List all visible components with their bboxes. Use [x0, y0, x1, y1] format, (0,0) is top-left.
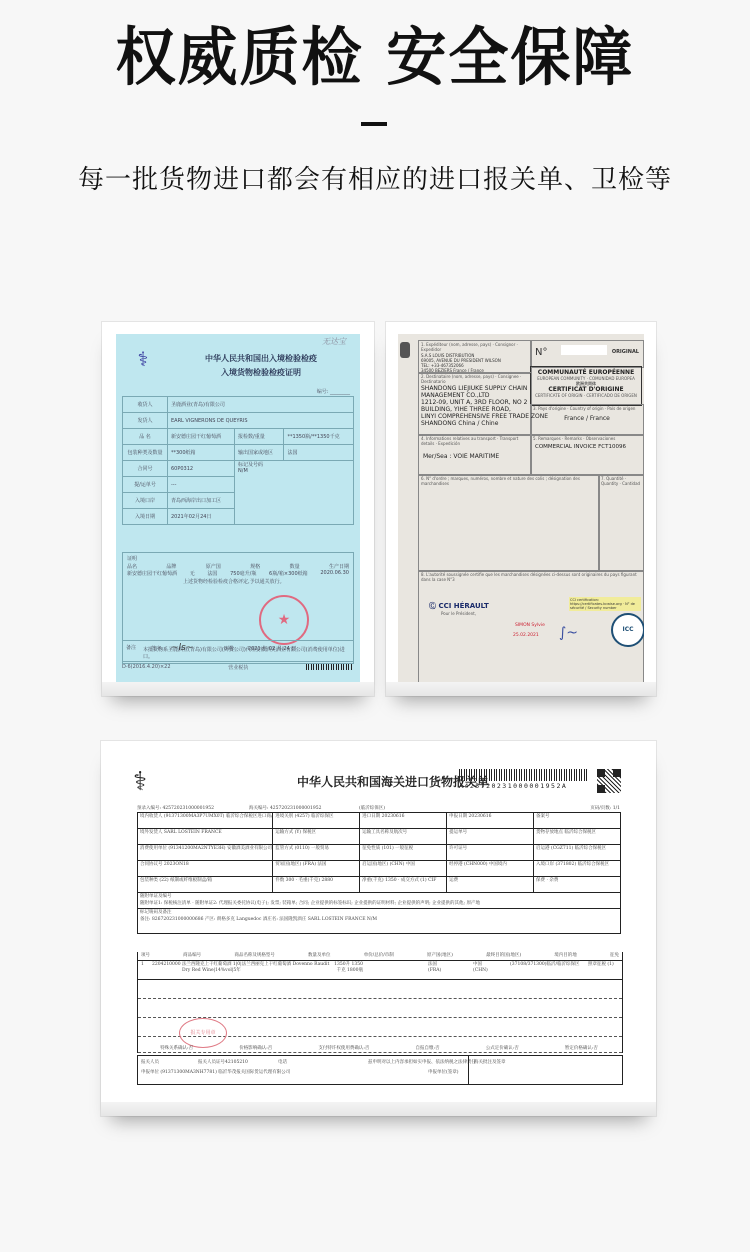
page-title: 权威质检 安全保障: [0, 20, 750, 96]
table-row: 收货人圣鹿酒业(青岛)有限公司: [123, 397, 354, 413]
ciq-certificate: ⚕ 无达宝 中华人民共和国出入境检验检疫 入境货物检验检疫证明 编号: ____…: [116, 334, 360, 686]
official-seal: ★: [259, 595, 309, 645]
table-row: 发货人EARL VIGNERONS DE QUEYRIS: [123, 413, 354, 429]
barcode-icon: [459, 769, 589, 781]
declaration-seal: 报关专用章: [179, 1018, 227, 1048]
table-row: 随附单证及编号随附单证1: 保税核注清单 · 随附单证2: 代理报关委托协议(电…: [138, 893, 621, 909]
table-row: 合同号60P0312标记及号码N/M: [123, 461, 354, 477]
declarant-footer: 报关人员 报关人员证号42105210 电话 兹申明对以上内容承担如实申报、依法…: [137, 1055, 623, 1085]
signature-date: 25.02.2021: [513, 633, 539, 638]
confirmation-row: 特殊关系确认:否价格影响确认:否支付特许权使用费确认:否自报自缴:否公式定价确认…: [137, 1045, 621, 1051]
eu-origin-certificate: 1. Expéditeur (nom, adresse, pays) · Con…: [398, 334, 644, 686]
barcode-icon: [306, 664, 352, 670]
page-subtitle: 每一批货物进口都会有相应的进口报关单、卫检等: [0, 160, 750, 200]
table-row: 消费使用单位 (91341200MA2NTYE3H) 安徽酒美酒业有限公司监管方…: [138, 845, 621, 861]
table-row: 品 名新安德庄园干红葡萄酒报检数/重量**1350瓶/**1350千克: [123, 429, 354, 445]
consignor-box: 1. Expéditeur (nom, adresse, pays) · Con…: [418, 340, 532, 374]
eu-origin-certificate-frame: 1. Expéditeur (nom, adresse, pays) · Con…: [386, 322, 656, 696]
table-row: 标记唛码及备注备注: 826720231000000686 产区: 朗格多克 L…: [138, 909, 621, 934]
qr-code-icon: [597, 769, 621, 793]
verification-note: CCI certification: https://certificates.…: [569, 597, 641, 611]
ciq-statement: 上述货物经检验检疫合格评定,予以通关放行。: [183, 578, 285, 585]
goods-header-row: 项号商品编号商品名称及规格型号数量及单位单价/总价/币制原产国(地区)最终目的国…: [138, 952, 622, 961]
customs-declaration: ⚕ 中华人民共和国海关进口货物报关单 A425720231000001952A …: [119, 755, 638, 1099]
table-row: 合同协议号 2023ON18贸易国(地区) (FRA) 法国启运国(地区) (C…: [138, 861, 621, 877]
cci-logo: Ⓒ CCI HÉRAULT: [429, 601, 489, 611]
goods-row: 新安德庄园干红葡萄酒无法国750毫升/瓶6瓶/箱×300纸箱2020.06.30: [127, 570, 349, 577]
remarks-box: 5. Remarques · Remarks · Observaciones C…: [530, 434, 644, 476]
table-row: 境内收货人 (91371300MA3P7UMX0T) 临沂综合保税区进口商品国际…: [138, 813, 621, 829]
quantity-box: 7. Quantité · Quantity · Cantidad: [598, 474, 644, 572]
barcode-number: A425720231000001952A: [459, 782, 567, 790]
pre-entry-number: 预录入编号: 425720231000001952: [137, 805, 214, 811]
consignee-box: 2. Destinataire (nom, adresse, pays) · C…: [418, 372, 532, 436]
signature: ∫~: [559, 625, 578, 641]
footer-code: D·6(2016.4.20)×22: [122, 664, 171, 671]
icc-badge: ICC: [611, 613, 644, 647]
community-box: COMMUNAUTÉ EUROPÉENNE EUROPEAN COMMUNITY…: [530, 366, 642, 406]
ciq-remarks: 备注 本批货物系圣鹿酒业(青岛)有限公司(外贸公司)代理安徽酒美酒业有限公司(消…: [122, 640, 354, 664]
customs-number: 海关编号: 425720231000001952: [249, 805, 321, 811]
table-row: 包装种类 (22) 纸制或纤维板制盒/箱件数 300 · 毛重(千克) 2880…: [138, 877, 621, 893]
ciq-certificate-frame: ⚕ 无达宝 中华人民共和国出入境检验检疫 入境货物检验检疫证明 编号: ____…: [102, 322, 374, 696]
customs-declaration-frame: ⚕ 中华人民共和国海关进口货物报关单 A425720231000001952A …: [101, 741, 656, 1116]
table-row: 境外发货人 SARL LOSTEIN FRANCE运输方式 (Y) 保税区运输工…: [138, 829, 621, 845]
ciq-title-line2: 入境货物检验检疫证明: [166, 366, 356, 380]
authority-box: 8. L'autorité soussignée certifie que le…: [418, 570, 644, 684]
transport-box: 4. Informations relatives au transport ·…: [418, 434, 532, 476]
ciq-info-table: 收货人圣鹿酒业(青岛)有限公司 发货人EARL VIGNERONS DE QUE…: [122, 396, 354, 525]
ciq-title-line1: 中华人民共和国出入境检验检疫: [166, 352, 356, 366]
handwritten-note: 无达宝: [322, 336, 346, 347]
goods-header-row: 品名品牌原产国规格数量生产日期: [127, 563, 349, 570]
origin-box: 3. Pays d'origine · Country of origin · …: [530, 404, 644, 436]
ciq-number: 编号: ________: [317, 388, 350, 395]
goods-row: 1 2204210000 法兰西隆克上干红葡萄酒 1|0|法兰西丽克上干红葡萄酒…: [138, 961, 622, 980]
goods-box: 6. N° d'ordre ; marques, numéros, nombre…: [418, 474, 600, 572]
ciq-emblem-icon: ⚕: [130, 346, 156, 372]
signer-name: SIMON Sylvie: [515, 623, 545, 628]
title-divider: [361, 122, 387, 126]
customs-area: (临沂综保区): [359, 805, 385, 811]
footer-center: 营业税执: [228, 664, 248, 671]
customs-emblem-icon: ⚕: [133, 767, 147, 797]
stamp-icon: [400, 342, 410, 358]
page-number: 页码/页数: 1/1: [590, 805, 620, 811]
number-box: N° ORIGINAL: [530, 340, 644, 368]
declaration-grid: 境内收货人 (91371300MA3P7UMX0T) 临沂综合保税区进口商品国际…: [137, 812, 621, 934]
table-row: 包装种类及数量**300纸箱输出国家或地区法国: [123, 445, 354, 461]
